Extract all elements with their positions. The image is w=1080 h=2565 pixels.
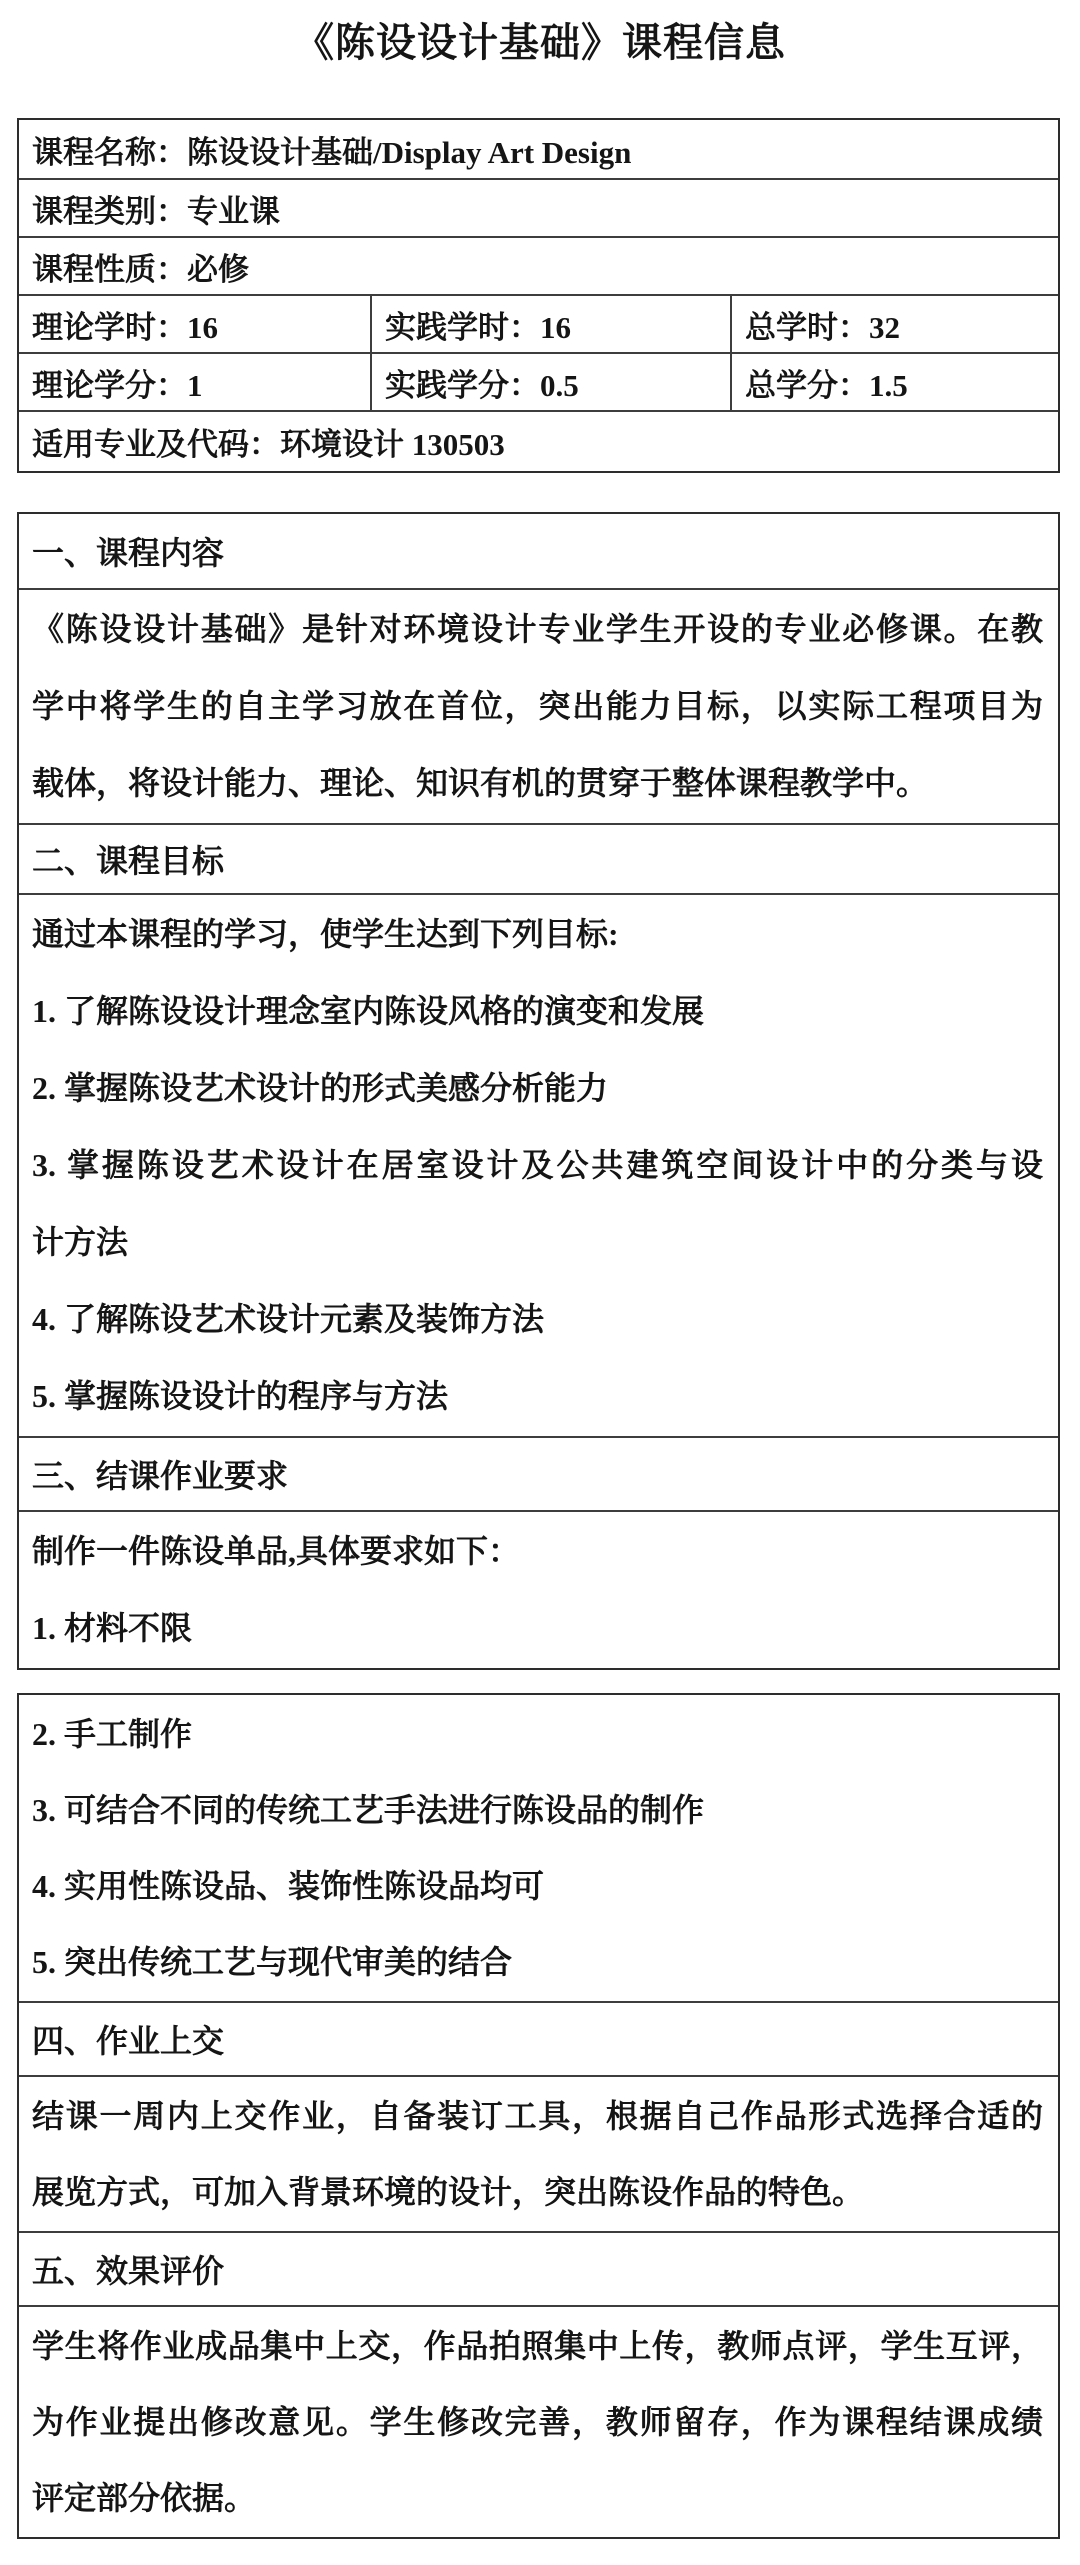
paragraph-line: 结课一周内上交作业，自备装订工具，根据自己作品形式选择合适的 bbox=[32, 2078, 1043, 2154]
paragraph-line: 评定部分依据。 bbox=[32, 2460, 1043, 2536]
section2-heading: 二、课程目标 bbox=[19, 823, 1058, 893]
list-item: 5. 突出传统工艺与现代审美的结合 bbox=[32, 1924, 1043, 2000]
list-item-continuation: 计方法 bbox=[32, 1204, 1043, 1281]
total-hours-cell: 总学时：32 bbox=[730, 296, 1058, 352]
practice-hours-cell: 实践学时：16 bbox=[370, 296, 730, 352]
list-item: 3. 可结合不同的传统工艺手法进行陈设品的制作 bbox=[32, 1772, 1043, 1848]
list-item: 1. 了解陈设设计理念室内陈设风格的演变和发展 bbox=[32, 973, 1043, 1050]
course-nature-cell: 课程性质：必修 bbox=[32, 244, 249, 289]
paragraph-line: 学中将学生的自主学习放在首位，突出能力目标，以实际工程项目为 bbox=[32, 668, 1043, 745]
practice-credits-cell: 实践学分：0.5 bbox=[370, 354, 730, 410]
table-row-course-nature: 课程性质：必修 bbox=[19, 236, 1058, 294]
course-name-cell: 课程名称：陈设设计基础/Display Art Design bbox=[32, 127, 631, 172]
total-credits-cell: 总学分：1.5 bbox=[730, 354, 1058, 410]
list-item: 4. 了解陈设艺术设计元素及装饰方法 bbox=[32, 1281, 1043, 1358]
section3-body-part1: 制作一件陈设单品,具体要求如下： 1. 材料不限 bbox=[19, 1510, 1058, 1668]
course-content-table-part2: 2. 手工制作 3. 可结合不同的传统工艺手法进行陈设品的制作 4. 实用性陈设… bbox=[17, 1693, 1060, 2539]
paragraph-line: 为作业提出修改意见。学生修改完善，教师留存，作为课程结课成绩 bbox=[32, 2384, 1043, 2460]
theory-credits-cell: 理论学分：1 bbox=[19, 354, 370, 410]
section2-body: 通过本课程的学习，使学生达到下列目标: 1. 了解陈设设计理念室内陈设风格的演变… bbox=[19, 893, 1058, 1436]
list-item: 4. 实用性陈设品、装饰性陈设品均可 bbox=[32, 1848, 1043, 1924]
document-page: 《陈设设计基础》课程信息 课程名称：陈设设计基础/Display Art Des… bbox=[0, 0, 1080, 2539]
section4-heading: 四、作业上交 bbox=[19, 2001, 1058, 2075]
list-item: 2. 手工制作 bbox=[32, 1696, 1043, 1772]
table-row-course-name: 课程名称：陈设设计基础/Display Art Design bbox=[19, 120, 1058, 178]
course-category-cell: 课程类别：专业课 bbox=[32, 186, 280, 231]
list-item: 2. 掌握陈设艺术设计的形式美感分析能力 bbox=[32, 1050, 1043, 1127]
paragraph-line: 展览方式，可加入背景环境的设计，突出陈设作品的特色。 bbox=[32, 2154, 1043, 2230]
list-item: 5. 掌握陈设设计的程序与方法 bbox=[32, 1358, 1043, 1435]
paragraph-line: 载体，将设计能力、理论、知识有机的贯穿于整体课程教学中。 bbox=[32, 745, 1043, 822]
section1-heading: 一、课程内容 bbox=[19, 514, 1058, 588]
table-row-course-category: 课程类别：专业课 bbox=[19, 178, 1058, 236]
section5-heading: 五、效果评价 bbox=[19, 2231, 1058, 2305]
section1-body: 《陈设设计基础》是针对环境设计专业学生开设的专业必修课。在教 学中将学生的自主学… bbox=[19, 588, 1058, 823]
page-title: 《陈设设计基础》课程信息 bbox=[0, 0, 1080, 66]
table-row-major-code: 适用专业及代码：环境设计 130503 bbox=[19, 410, 1058, 471]
list-item: 3. 掌握陈设艺术设计在居室设计及公共建筑空间设计中的分类与设 bbox=[32, 1127, 1043, 1204]
table-row-credits: 理论学分：1 实践学分：0.5 总学分：1.5 bbox=[19, 352, 1058, 410]
course-content-table-part1: 一、课程内容 《陈设设计基础》是针对环境设计专业学生开设的专业必修课。在教 学中… bbox=[17, 512, 1060, 1670]
course-info-table: 课程名称：陈设设计基础/Display Art Design 课程类别：专业课 … bbox=[17, 118, 1060, 473]
section5-body: 学生将作业成品集中上交，作品拍照集中上传，教师点评，学生互评， 为作业提出修改意… bbox=[19, 2305, 1058, 2537]
list-item: 1. 材料不限 bbox=[32, 1590, 1043, 1667]
paragraph-line: 《陈设设计基础》是针对环境设计专业学生开设的专业必修课。在教 bbox=[32, 591, 1043, 668]
theory-hours-cell: 理论学时：16 bbox=[19, 296, 370, 352]
section3-heading: 三、结课作业要求 bbox=[19, 1436, 1058, 1510]
paragraph-line: 通过本课程的学习，使学生达到下列目标: bbox=[32, 896, 1043, 973]
major-code-cell: 适用专业及代码：环境设计 130503 bbox=[32, 419, 505, 464]
section3-body-part2: 2. 手工制作 3. 可结合不同的传统工艺手法进行陈设品的制作 4. 实用性陈设… bbox=[19, 1695, 1058, 2001]
paragraph-line: 制作一件陈设单品,具体要求如下： bbox=[32, 1513, 1043, 1590]
table-row-hours: 理论学时：16 实践学时：16 总学时：32 bbox=[19, 294, 1058, 352]
section4-body: 结课一周内上交作业，自备装订工具，根据自己作品形式选择合适的 展览方式，可加入背… bbox=[19, 2075, 1058, 2231]
paragraph-line: 学生将作业成品集中上交，作品拍照集中上传，教师点评，学生互评， bbox=[32, 2308, 1043, 2384]
